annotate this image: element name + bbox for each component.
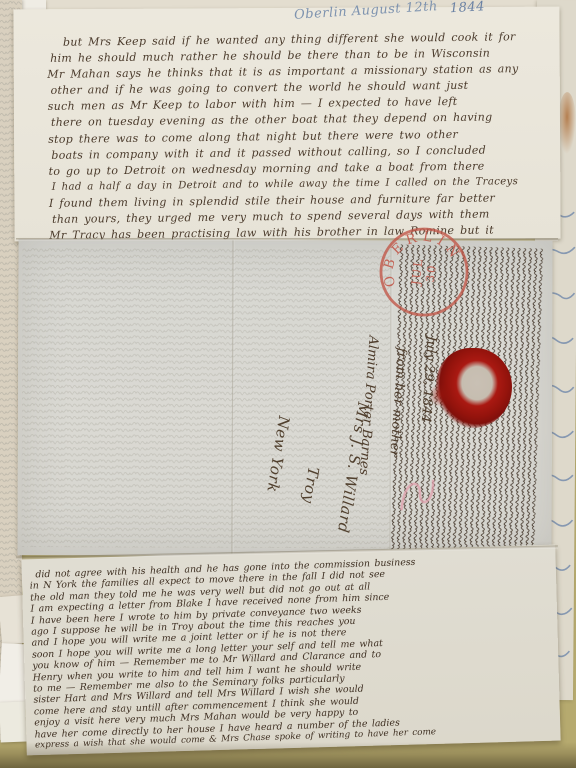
oberlin-postmark-stamp: OBERLIN O. JUL 30	[374, 222, 474, 322]
address-block: Mrs J. S. Willard Troy New York	[236, 382, 386, 572]
paper-scrap	[0, 702, 27, 743]
letter-photograph: but Mrs Keep said if he wanted any thing…	[0, 0, 576, 768]
handwriting-block: but Mrs Keep said if he wanted any thing…	[13, 7, 560, 242]
table-shadow	[0, 742, 576, 768]
date-annotation-year: 1844	[449, 0, 485, 16]
letter-top-section: but Mrs Keep said if he wanted any thing…	[13, 7, 560, 242]
postmark-day-text: 30	[423, 263, 439, 283]
fold-crease	[16, 238, 558, 241]
